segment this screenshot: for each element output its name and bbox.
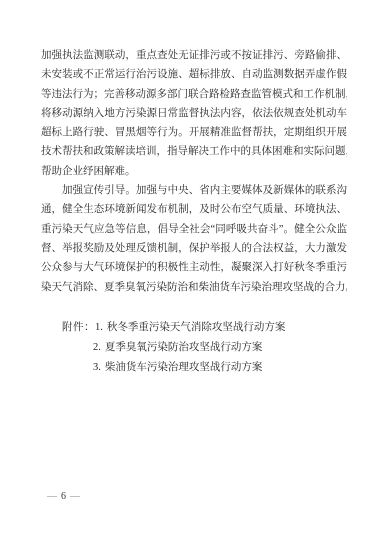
- text-line: 等违法行为；完善移动源多部门联合路检路查监管模式和工作机制，: [41, 85, 347, 104]
- attachment-number: 3.: [93, 362, 101, 373]
- attachment-item: 3.柴油货车污染治理攻坚战行动方案: [62, 358, 285, 378]
- text-line: 重污染天气应急等信息，倡导全社会“同呼吸共奋斗”。健全公众监: [41, 220, 347, 239]
- text-line: 帮助企业纾困解难。: [41, 162, 347, 181]
- text-line: 督、举报奖励及处理反馈机制，保护举报人的合法权益，大力激发: [41, 239, 347, 258]
- text-line: 加强宣传引导。加强与中央、省内主要媒体及新媒体的联系沟: [41, 181, 347, 200]
- paragraph-publicity: 加强宣传引导。加强与中央、省内主要媒体及新媒体的联系沟 通，健全生态环境新闻发布…: [41, 181, 347, 297]
- document-page: 加强执法监测联动，重点查处无证排污或不按证排污、旁路偷排、 未安装或不正常运行治…: [0, 0, 390, 551]
- footer-dash-right: —: [70, 491, 80, 502]
- attachments-block: 附件：1.秋冬季重污染天气消除攻坚战行动方案 2.夏季臭氧污染防治攻坚战行动方案…: [62, 318, 285, 378]
- body-text: 加强执法监测联动，重点查处无证排污或不按证排污、旁路偷排、 未安装或不正常运行治…: [41, 46, 347, 297]
- attachments-label: 附件：: [62, 322, 95, 333]
- attachment-number: 1.: [95, 322, 103, 333]
- text-line: 技术帮扶和政策解读培训，指导解决工作中的具体困难和实际问题，: [41, 142, 347, 161]
- attachment-title: 夏季臭氧污染防治攻坚战行动方案: [105, 342, 263, 353]
- text-line: 未安装或不正常运行治污设施、超标排放、自动监测数据弄虚作假: [41, 65, 347, 84]
- paragraph-enforcement: 加强执法监测联动，重点查处无证排污或不按证排污、旁路偷排、 未安装或不正常运行治…: [41, 46, 347, 181]
- text-line: 公众参与大气环境保护的积极性主动性，凝聚深入打好秋冬季重污: [41, 258, 347, 277]
- text-line: 超标上路行驶、冒黑烟等行为。开展精准监督帮扶，定期组织开展: [41, 123, 347, 142]
- attachment-title: 秋冬季重污染天气消除攻坚战行动方案: [107, 322, 286, 333]
- attachment-item: 2.夏季臭氧污染防治攻坚战行动方案: [62, 338, 285, 358]
- text-line: 加强执法监测联动，重点查处无证排污或不按证排污、旁路偷排、: [41, 46, 347, 65]
- attachment-number: 2.: [93, 342, 101, 353]
- text-line: 将移动源纳入地方污染源日常监督执法内容，依法依规查处机动车: [41, 104, 347, 123]
- page-number-footer: —6—: [47, 491, 80, 503]
- attachment-item: 附件：1.秋冬季重污染天气消除攻坚战行动方案: [62, 318, 285, 338]
- page-number: 6: [61, 491, 66, 502]
- text-line: 染天气消除、夏季臭氧污染防治和柴油货车污染治理攻坚战的合力。: [41, 278, 347, 297]
- attachment-title: 柴油货车污染治理攻坚战行动方案: [105, 362, 263, 373]
- text-line: 通，健全生态环境新闻发布机制，及时公布空气质量、环境执法、: [41, 200, 347, 219]
- footer-dash-left: —: [47, 491, 57, 502]
